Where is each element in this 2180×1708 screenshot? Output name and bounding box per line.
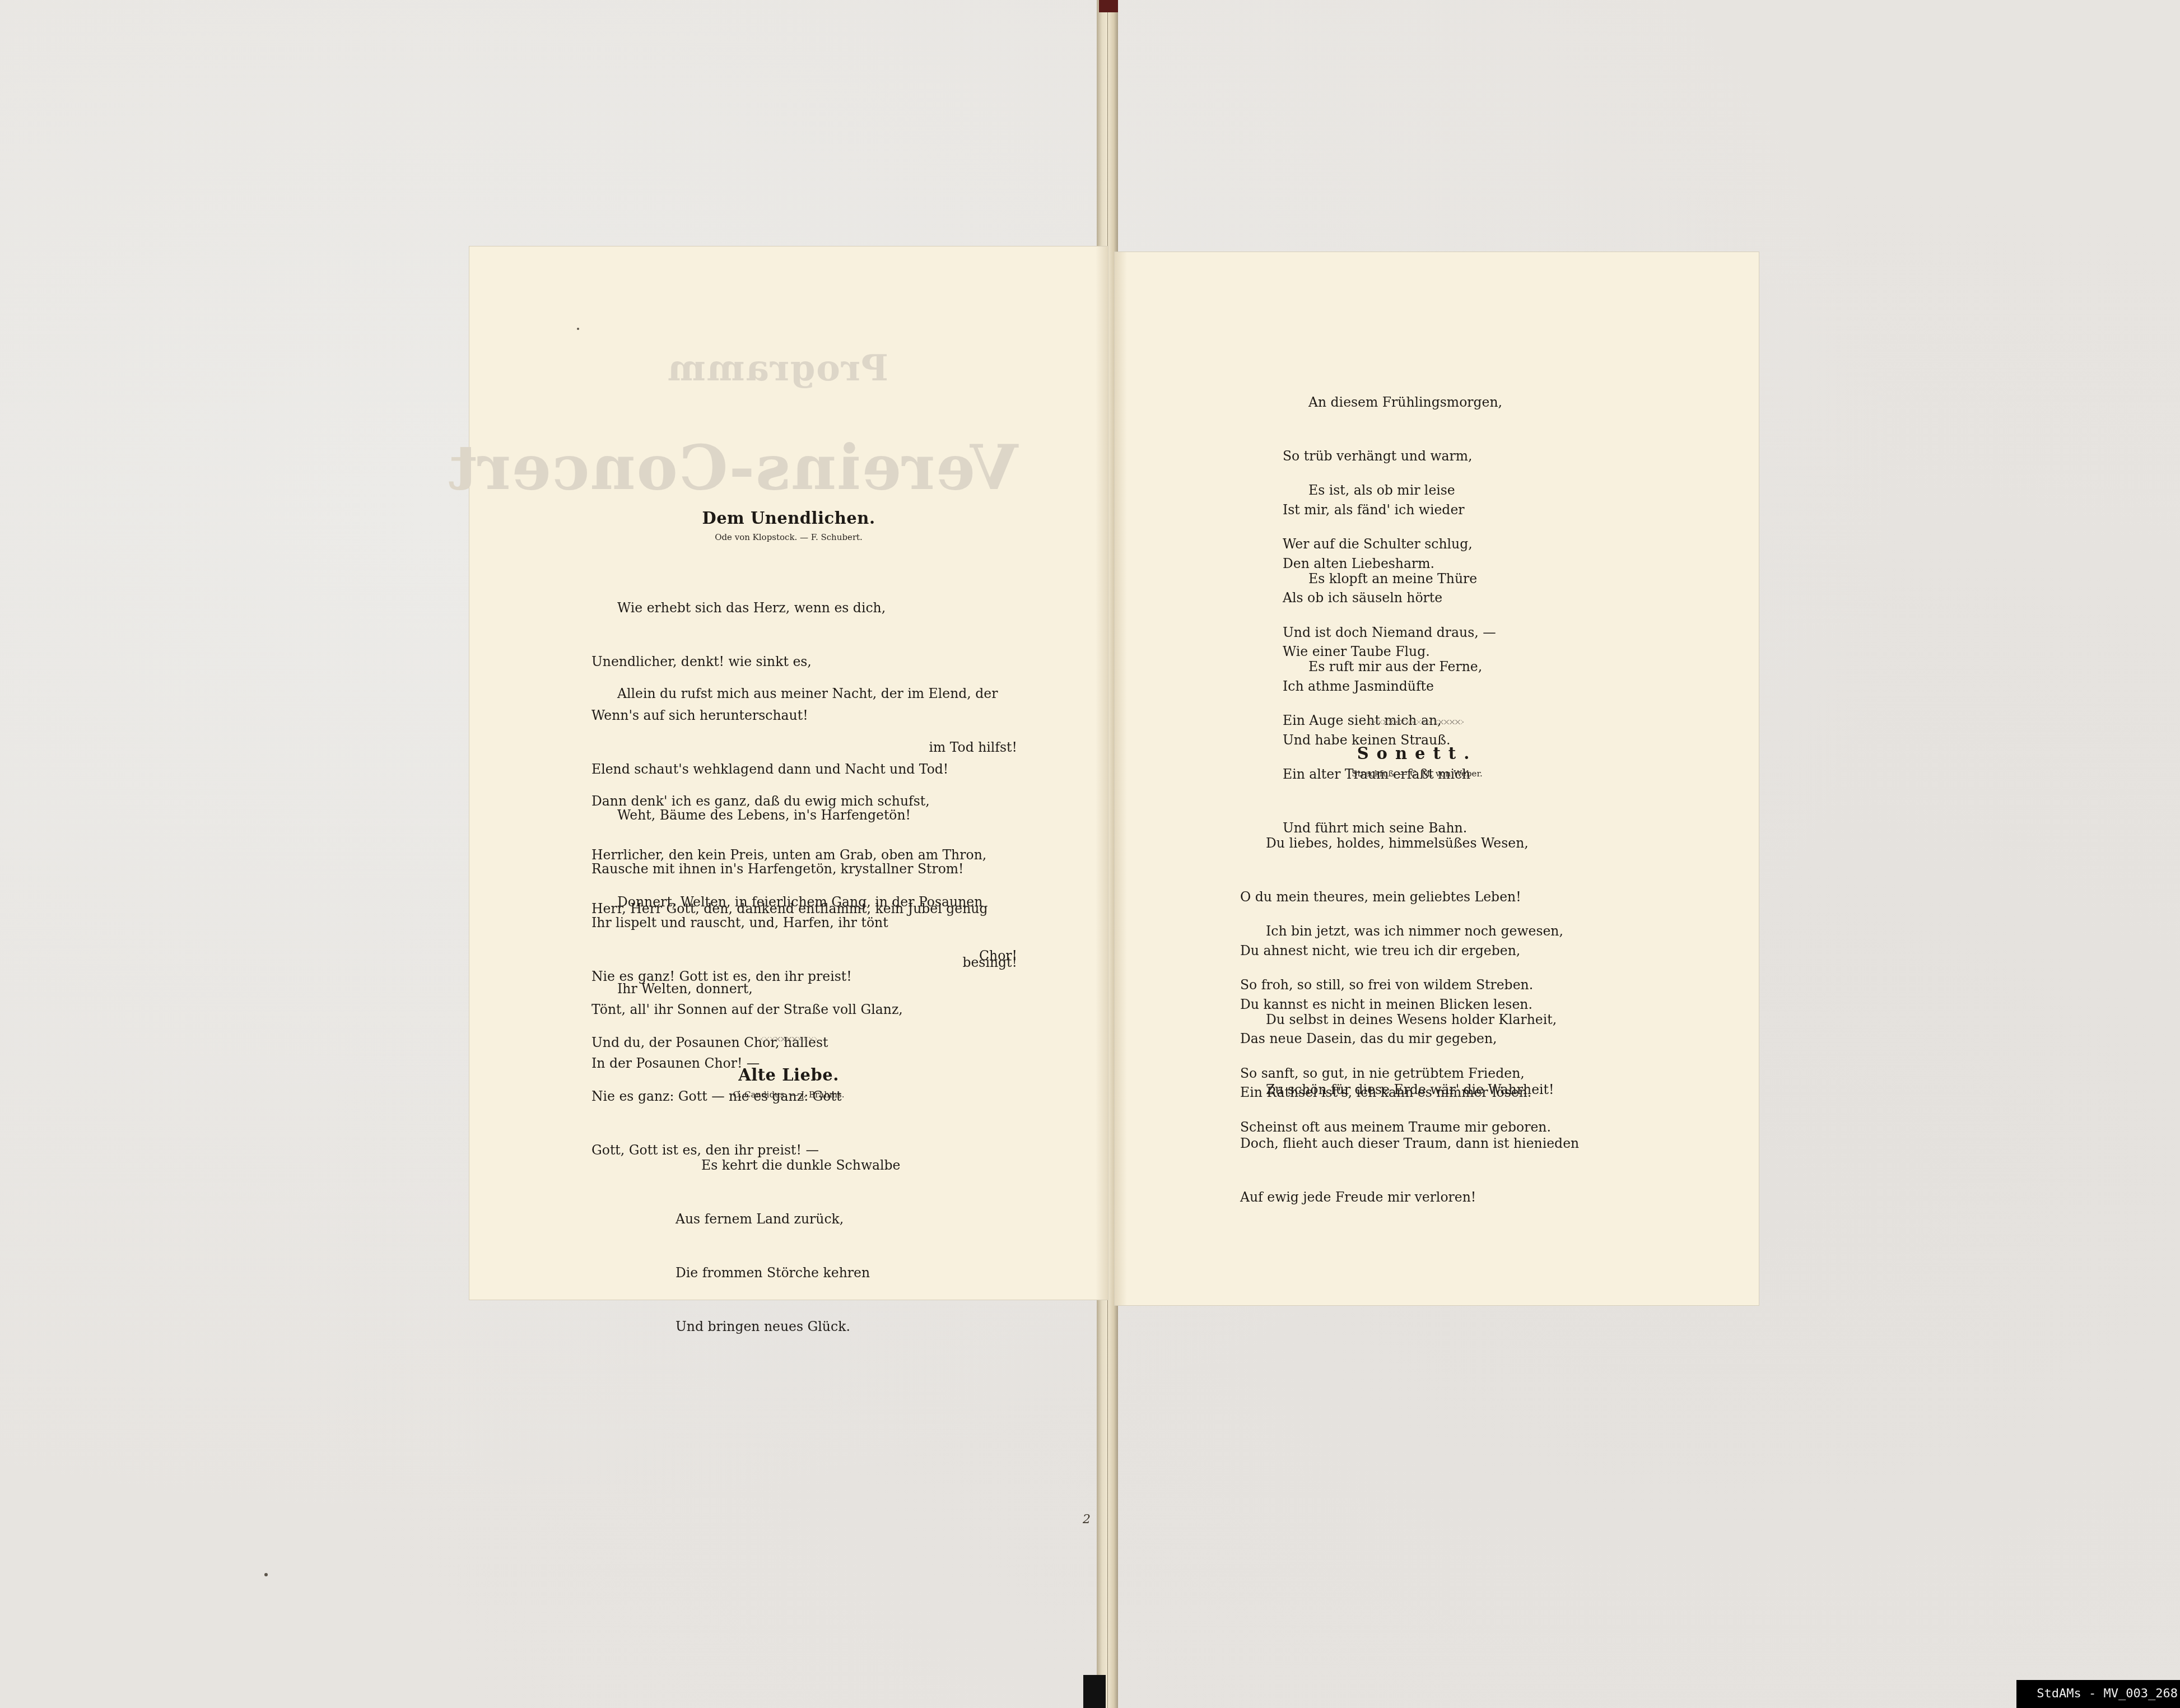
- poem-title-alte-liebe: Alte Liebe.: [469, 1065, 1108, 1085]
- verse-line: Weht, Bäume des Lebens, in's Harfengetön…: [591, 806, 1017, 824]
- stanza: Zu schön für diese Erde wär' die Wahrhei…: [1240, 1045, 1643, 1242]
- ornamental-divider: [1368, 720, 1464, 724]
- left-page: Programm Vereins-Concert Dem Unendlichen…: [469, 246, 1108, 1300]
- verse-line: Doch, flieht auch dieser Traum, dann ist…: [1240, 1134, 1643, 1152]
- archive-label: StdAMs - MV_003_268: [2016, 1680, 2180, 1708]
- spine-cap-bottom: [1083, 1675, 1106, 1708]
- verse-line: Ihr Welten, donnert,: [591, 980, 1017, 998]
- ornamental-divider: [761, 1037, 817, 1041]
- verse-line: Und du, der Posaunen Chor, hallest: [591, 1034, 1017, 1051]
- verse-line: Du selbst in deines Wesens holder Klarhe…: [1240, 1011, 1643, 1028]
- verse-line: Es ruft mir aus der Ferne,: [1283, 658, 1619, 676]
- verse-line-continuation: im Tod hilfst!: [591, 738, 1017, 756]
- poem-title-dem-unendlichen: Dem Unendlichen.: [469, 509, 1108, 528]
- verse-line: Es klopft an meine Thüre: [1283, 570, 1619, 588]
- paper-speck: [577, 328, 579, 330]
- bleed-through-heading-large: Vereins-Concert: [514, 431, 1018, 504]
- verse-line: An diesem Frühlingsmorgen,: [1283, 393, 1619, 411]
- right-page: An diesem Frühlingsmorgen, So trüb verhä…: [1115, 252, 1759, 1305]
- verse-line: Die frommen Störche kehren: [676, 1264, 956, 1282]
- verse-line: Du liebes, holdes, himmelsüßes Wesen,: [1240, 834, 1643, 852]
- spine-pencil-mark: 2: [1083, 1512, 1091, 1527]
- verse-line: Ich bin jetzt, was ich nimmer noch gewes…: [1240, 922, 1643, 940]
- verse-line: Wie erhebt sich das Herz, wenn es dich,: [591, 599, 1017, 617]
- stanza: Es kehrt die dunkle Schwalbe Aus fernem …: [676, 1120, 956, 1371]
- verse-line: Es ist, als ob mir leise: [1283, 481, 1619, 499]
- verse-line: Und bringen neues Glück.: [676, 1318, 956, 1335]
- verse-line: Aus fernem Land zurück,: [676, 1210, 956, 1228]
- verse-line: Es kehrt die dunkle Schwalbe: [676, 1156, 956, 1174]
- poem-credit-sonett: Streckfuß. — C. M. von Weber.: [1115, 769, 1720, 779]
- verse-line: Allein du rufst mich aus meiner Nacht, d…: [591, 685, 1017, 702]
- poem-credit-dem-unendlichen: Ode von Klopstock. — F. Schubert.: [469, 532, 1108, 542]
- poem-title-sonett: Sonett.: [1115, 744, 1720, 763]
- verse-line: Donnert, Welten, in feierlichem Gang, in…: [591, 893, 1017, 911]
- bleed-through-heading-small: Programm: [609, 347, 945, 389]
- paper-speck: [264, 1573, 268, 1576]
- verse-line: Zu schön für diese Erde wär' die Wahrhei…: [1240, 1081, 1643, 1099]
- poem-credit-alte-liebe: C. Candidus. — J. Brahms.: [469, 1090, 1108, 1100]
- verse-line: Auf ewig jede Freude mir verloren!: [1240, 1188, 1643, 1206]
- spine-cap-top: [1099, 0, 1118, 12]
